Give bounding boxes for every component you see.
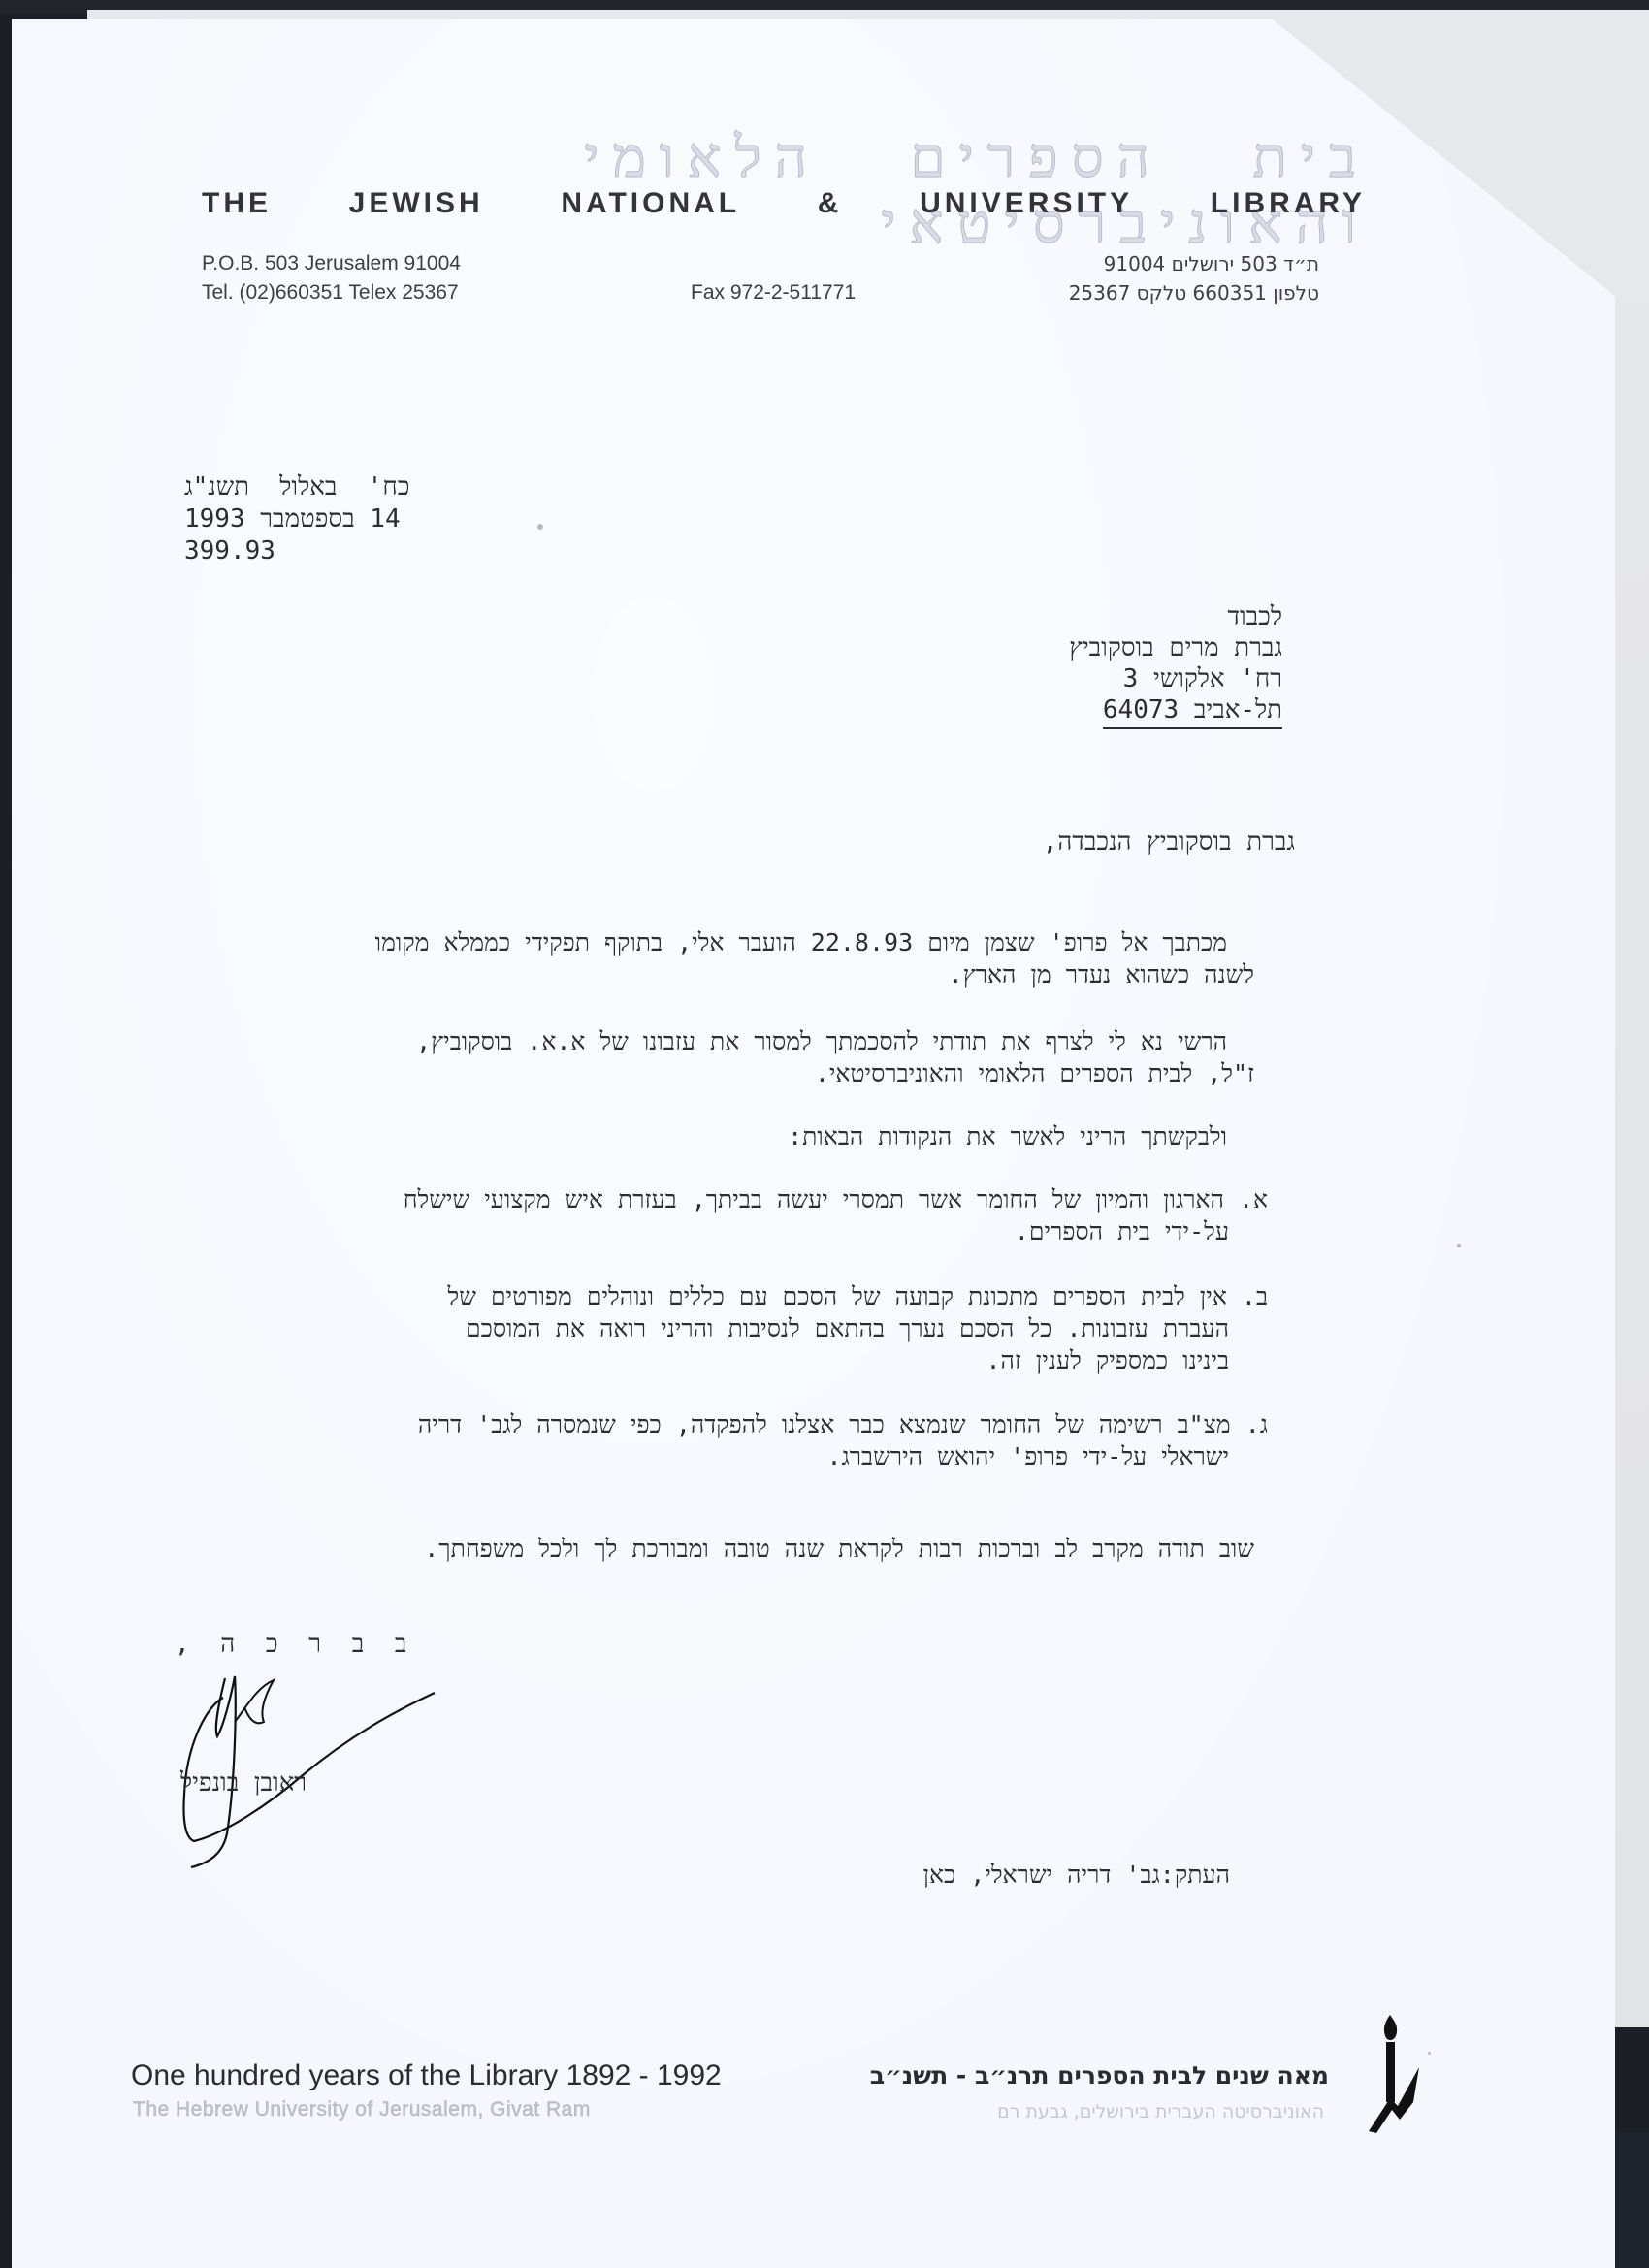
address-line: ת״ד 503 ירושלים 91004 [1069,249,1319,278]
hebrew-date: כח' באלול תשנ"ג [184,471,446,503]
paragraph-line: מכתבך אל פרופ' שצמן מיום 22.8.93 הועבר א… [163,926,1254,958]
scan-speck [1457,1244,1461,1247]
footer-centenary-hebrew: מאה שנים לבית הספרים תרנ״ב - תשנ״ב [870,2061,1329,2090]
candle-flame-logo-icon [1365,2013,1423,2134]
letterhead-word: THE [202,187,272,220]
letterhead-word: LIBRARY [1211,187,1366,220]
letterhead-address-hebrew: ת״ד 503 ירושלים 91004 טלפון 660351 טלקס … [1069,249,1319,308]
gregorian-date: 14 בספטמבר 1993 [184,503,435,535]
scan-speck [537,524,543,530]
phone-line: Tel. (02)660351 Telex 25367 [202,278,461,308]
list-text: ישראלי על-ידי פרופ' יהואש הירשברג. [162,1441,1268,1473]
scanner-edge-right [1615,2132,1649,2268]
recipient-block: לכבוד גברת מרים בוסקוביץ רח' אלקושי 3 תל… [1069,601,1282,729]
signer-name: ראובן בונפיל [180,1768,307,1798]
list-text: מצ"ב רשימה של החומר שנמצא כבר אצלנו להפק… [418,1410,1231,1439]
reference-number: 399.93 [184,535,446,567]
list-text: בינינו כמספיק לענין זה. [162,1345,1268,1377]
recipient-honorific: לכבוד [1069,601,1282,632]
letterhead-address-english: P.O.B. 503 Jerusalem 91004 Tel. (02)6603… [202,249,461,308]
body-paragraph-3: ולבקשתך הריני לאשר את הנקודות הבאות: [163,1120,1254,1152]
letterhead-word: JEWISH [349,187,484,220]
list-item-b: ב. אין לבית הספרים מתכונת קבועה של הסכם … [162,1280,1268,1377]
letterhead-word: & [818,187,843,220]
paragraph-line: ז"ל, לבית הספרים הלאומי והאוניברסיטאי. [163,1057,1254,1089]
recipient-street: רח' אלקושי 3 [1069,664,1282,695]
letterhead-word: NATIONAL [561,187,740,220]
list-text: הארגון והמיון של החומר אשר תמסרי יעשה בב… [404,1185,1224,1214]
letterhead-english-name: THE JEWISH NATIONAL & UNIVERSITY LIBRARY [202,187,1366,220]
phone-line: טלפון 660351 טלקס 25367 [1069,278,1319,308]
cc-line: העתק:גב' דריה ישראלי, כאן [923,1861,1230,1890]
footer-university-hebrew: האוניברסיטה העברית בירושלים, גבעת רם [997,2101,1324,2122]
list-text: אין לבית הספרים מתכונת קבועה של הסכם עם … [448,1282,1227,1311]
list-marker: א. [1239,1185,1268,1214]
list-text: העברת עזבונות. כל הסכם נערך בהתאם לנסיבו… [162,1312,1268,1345]
list-marker: ג. [1245,1410,1268,1439]
salutation: גברת בוסקוביץ הנכבדה, [1043,827,1295,857]
closing-blessing: ב ב ר כ ה , [175,1630,414,1659]
paragraph-line: לשנה כשהוא נעדר מן הארץ. [163,958,1254,990]
body-paragraph-1: מכתבך אל פרופ' שצמן מיום 22.8.93 הועבר א… [163,926,1254,990]
footer-centenary-english: One hundred years of the Library 1892 - … [131,2059,722,2092]
list-text: על-ידי בית הספרים. [162,1215,1268,1247]
scan-speck [1428,2052,1431,2055]
recipient-name: גברת מרים בוסקוביץ [1069,632,1282,664]
address-line: P.O.B. 503 Jerusalem 91004 [202,249,461,278]
body-paragraph-2: הרשי נא לי לצרף את תודתי להסכמתך למסור א… [163,1025,1254,1089]
paragraph-line: ולבקשתך הריני לאשר את הנקודות הבאות: [163,1120,1254,1152]
recipient-city: תל-אביב 64073 [1103,695,1282,729]
date-block: כח' באלול תשנ"ג 14 בספטמבר 1993 399.93 [184,471,446,567]
list-marker: ב. [1242,1282,1268,1311]
closing-thanks: שוב תודה מקרב לב וברכות רבות לקראת שנה ט… [424,1535,1254,1564]
list-item-c: ג. מצ"ב רשימה של החומר שנמצא כבר אצלנו ל… [162,1409,1268,1473]
letter-page: בית הספרים הלאומי והאוניברסיטאי THE JEWI… [12,19,1615,2268]
letterhead-word: UNIVERSITY [920,187,1133,220]
list-item-a: א. הארגון והמיון של החומר אשר תמסרי יעשה… [162,1183,1268,1247]
paragraph-line: הרשי נא לי לצרף את תודתי להסכמתך למסור א… [163,1025,1254,1057]
footer-university-english: The Hebrew University of Jerusalem, Giva… [133,2098,591,2122]
letterhead-fax: Fax 972-2-511771 [691,278,856,308]
